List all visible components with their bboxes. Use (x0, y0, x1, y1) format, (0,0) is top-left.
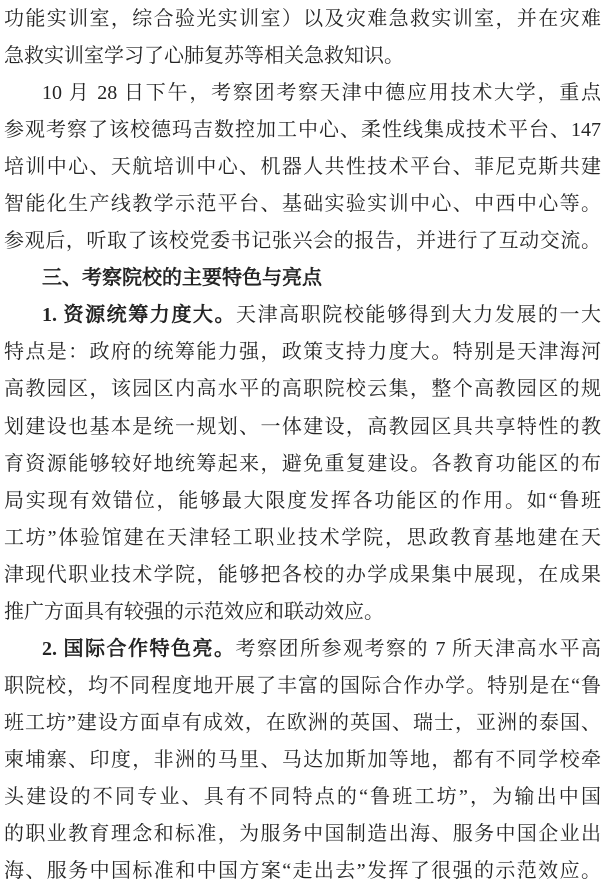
doc-line: 海、服务中国标准和中国方案“走出去”发挥了很强的示范效应。 (4, 853, 601, 890)
doc-line: 育资源能够较好地统筹起来，避免重复建设。各教育功能区的布 (4, 446, 601, 483)
doc-line: 的职业教育理念和标准，为服务中国制造出海、服务中国企业出 (4, 816, 601, 853)
section-heading: 三、考察院校的主要特色与亮点 (4, 260, 601, 297)
doc-line: 划建设也基本是统一规划、一体建设，高教园区具共享特性的教 (4, 409, 601, 446)
doc-line: 头建设的不同专业、具有不同特点的“鲁班工坊”，为输出中国 (4, 779, 601, 816)
doc-line: 10 月 28 日下午，考察团考察天津中德应用技术大学，重点 (4, 75, 601, 112)
doc-line: 特点是：政府的统筹能力强，政策支持力度大。特别是天津海河 (4, 334, 601, 371)
doc-line: 参观考察了该校德玛吉数控加工中心、柔性线集成技术平台、147 (4, 112, 601, 149)
numbered-point-lead: 2. 国际合作特色亮。 (42, 638, 236, 660)
doc-line: 工坊”体验馆建在天津轻工职业技术学院，思政教育基地建在天 (4, 520, 601, 557)
numbered-point-lead: 1. 资源统筹力度大。 (42, 304, 236, 326)
doc-line: 参观后，听取了该校党委书记张兴会的报告，并进行了互动交流。 (4, 223, 601, 260)
doc-line: 智能化生产线教学示范平台、基础实验实训中心、中西中心等。 (4, 186, 601, 223)
doc-line: 推广方面具有较强的示范效应和联动效应。 (4, 594, 601, 631)
document-page: 功能实训室，综合验光实训室）以及灾难急救实训室，并在灾难 急救实训室学习了心肺复… (0, 0, 606, 890)
doc-line: 1. 资源统筹力度大。天津高职院校能够得到大力发展的一大 (4, 297, 601, 334)
doc-line: 高教园区，该园区内高水平的高职院校云集，整个高教园区的规 (4, 371, 601, 408)
doc-line: 培训中心、天航培训中心、机器人共性技术平台、菲尼克斯共建 (4, 149, 601, 186)
doc-line: 功能实训室，综合验光实训室）以及灾难急救实训室，并在灾难 (4, 1, 601, 38)
line-text: 天津高职院校能够得到大力发展的一大 (236, 304, 601, 326)
line-text: 考察团所参观考察的 7 所天津高水平高 (236, 638, 602, 660)
doc-line: 局实现有效错位，能够最大限度发挥各功能区的作用。如“鲁班 (4, 483, 601, 520)
doc-line: 2. 国际合作特色亮。考察团所参观考察的 7 所天津高水平高 (4, 631, 601, 668)
doc-line: 职院校，均不同程度地开展了丰富的国际合作办学。特别是在“鲁 (4, 668, 601, 705)
doc-line: 津现代职业技术学院，能够把各校的办学成果集中展现，在成果 (4, 557, 601, 594)
doc-line: 柬埔寨、印度，非洲的马里、马达加斯加等地，都有不同学校牵 (4, 742, 601, 779)
doc-line: 班工坊”建设方面卓有成效，在欧洲的英国、瑞士，亚洲的泰国、 (4, 705, 601, 742)
doc-line: 急救实训室学习了心肺复苏等相关急救知识。 (4, 38, 601, 75)
